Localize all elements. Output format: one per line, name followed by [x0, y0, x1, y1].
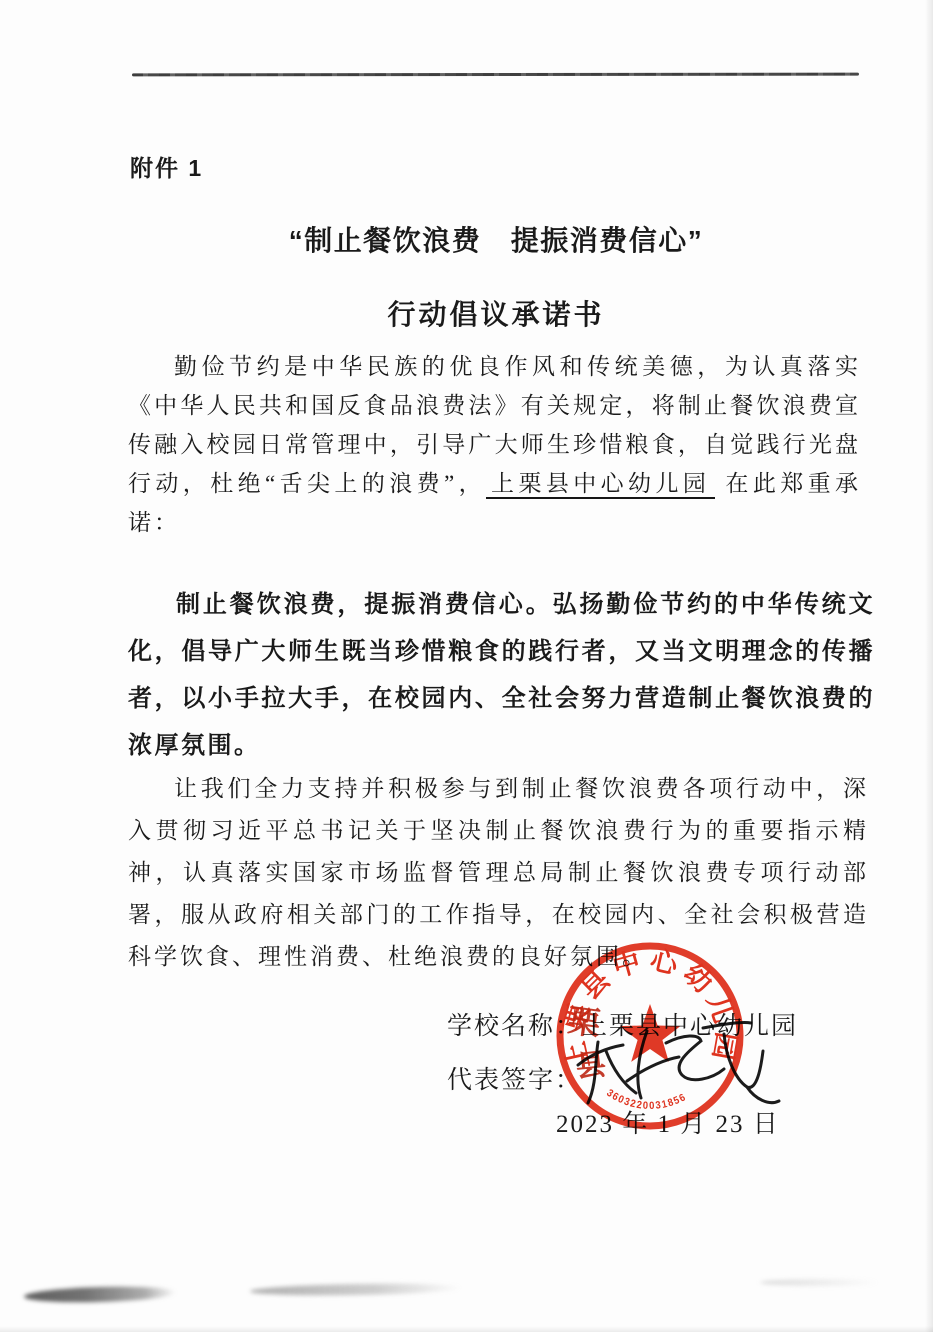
scan-artifact-top-rule — [132, 73, 859, 77]
scan-edge-shadow — [0, 1326, 933, 1332]
scan-artifact-smudge — [760, 1279, 880, 1286]
document-subtitle: 行动倡议承诺书 — [128, 293, 864, 333]
attachment-label: 附件 1 — [130, 150, 203, 183]
paragraph-commitment: 制止餐饮浪费，提振消费信心。弘扬勤俭节约的中华传统文化，倡导广大师生既当珍惜粮食… — [128, 581, 875, 769]
paragraph-opening: 勤俭节约是中华民族的优良作风和传统美德，为认真落实《中华人民共和国反食品浪费法》… — [128, 347, 861, 542]
handwritten-signature — [558, 1012, 793, 1130]
scan-edge-shadow — [925, 0, 933, 1332]
school-name-underlined: 上栗县中心幼儿园 — [486, 471, 715, 499]
scan-artifact-smudge — [24, 1285, 176, 1304]
document-title: “制止餐饮浪费 提振消费信心” — [128, 219, 864, 259]
scanned-document-page: 附件 1 “制止餐饮浪费 提振消费信心” 行动倡议承诺书 勤俭节约是中华民族的优… — [0, 0, 933, 1332]
scan-artifact-smudge — [250, 1282, 462, 1297]
